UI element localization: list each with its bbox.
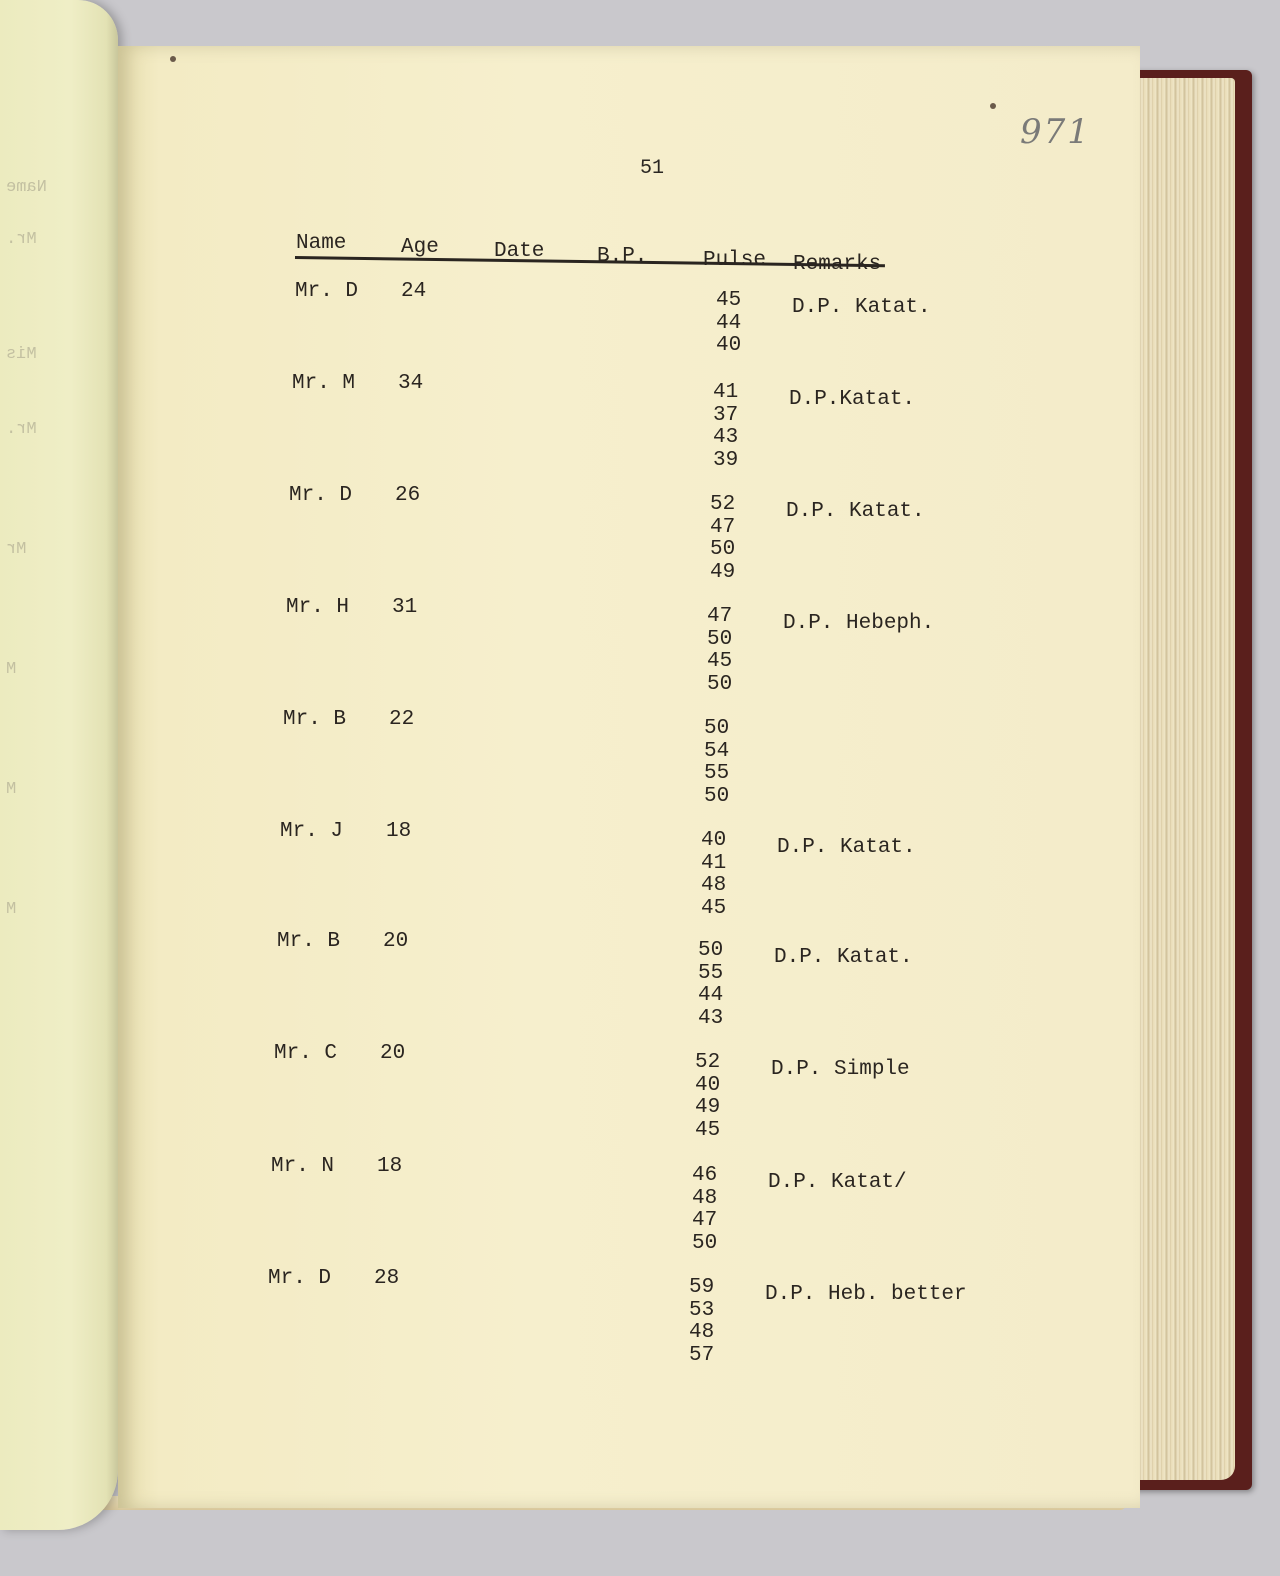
reading-pulse: 50 — [704, 785, 729, 808]
remarks: D.P. Hebeph. — [783, 612, 934, 635]
reading-pulse: 53 — [689, 1299, 714, 1322]
patient-age: 24 — [401, 280, 426, 303]
reading-pulse: 59 — [689, 1276, 714, 1299]
reading-pulse: 43 — [698, 1007, 723, 1030]
header-name: Name — [296, 232, 346, 255]
reading-pulse: 50 — [692, 1232, 717, 1255]
reading-pulse: 37 — [713, 404, 738, 427]
patient-name: Mr. H — [286, 596, 349, 619]
reading-pulse: 47 — [710, 516, 735, 539]
punch-hole — [990, 103, 996, 109]
ghost-text: M — [6, 660, 16, 679]
reading-pulse: 45 — [716, 289, 741, 312]
reading-pulse: 50 — [698, 939, 723, 962]
header-pulse: Pulse — [703, 249, 766, 272]
patient-age: 18 — [377, 1155, 402, 1178]
reading-pulse: 47 — [707, 605, 732, 628]
ghost-text: Mr — [6, 540, 26, 559]
reading-pulse: 49 — [710, 561, 735, 584]
reading-pulse: 50 — [704, 717, 729, 740]
remarks: D.P.Katat. — [789, 388, 915, 411]
left-page[interactable]: Name Mr. Mis Mr. Mr M M M — [0, 0, 118, 1530]
remarks: D.P. Heb. better — [765, 1283, 967, 1306]
reading-pulse: 45 — [707, 650, 732, 673]
reading-pulse: 49 — [695, 1096, 720, 1119]
patient-age: 28 — [374, 1267, 399, 1290]
reading-pulse: 43 — [713, 426, 738, 449]
reading-pulse: 55 — [698, 962, 723, 985]
remarks: D.P. Katat/ — [768, 1171, 907, 1194]
ghost-text: Mr. — [6, 420, 37, 439]
handwritten-folio-number: 971 — [1020, 112, 1091, 152]
patient-name: Mr. J — [280, 820, 343, 843]
patient-name: Mr. D — [295, 280, 358, 303]
patient-age: 18 — [386, 820, 411, 843]
reading-pulse: 54 — [704, 740, 729, 763]
reading-pulse: 52 — [710, 493, 735, 516]
header-age: Age — [401, 236, 439, 259]
patient-name: Mr. D — [268, 1267, 331, 1290]
patient-name: Mr. B — [277, 930, 340, 953]
patient-name: Mr. B — [283, 708, 346, 731]
reading-pulse: 48 — [692, 1187, 717, 1210]
remarks: D.P. Simple — [771, 1058, 910, 1081]
punch-hole — [170, 56, 176, 62]
reading-pulse: 48 — [689, 1321, 714, 1344]
page-edges — [1135, 78, 1235, 1480]
remarks: D.P. Katat. — [774, 946, 913, 969]
reading-pulse: 52 — [695, 1051, 720, 1074]
reading-pulse: 50 — [707, 673, 732, 696]
reading-pulse: 39 — [713, 449, 738, 472]
ghost-text: Mr. — [6, 230, 37, 249]
ghost-text: Name — [6, 178, 47, 197]
patient-name: Mr. N — [271, 1155, 334, 1178]
reading-pulse: 45 — [701, 897, 726, 920]
remarks: D.P. Katat. — [786, 500, 925, 523]
reading-pulse: 50 — [707, 628, 732, 651]
patient-name: Mr. C — [274, 1042, 337, 1065]
patient-age: 22 — [389, 708, 414, 731]
patient-age: 31 — [392, 596, 417, 619]
remarks: D.P. Katat. — [792, 296, 931, 319]
reading-pulse: 48 — [701, 874, 726, 897]
reading-pulse: 41 — [713, 381, 738, 404]
remarks: D.P. Katat. — [777, 836, 916, 859]
reading-pulse: 40 — [716, 334, 741, 357]
reading-pulse: 40 — [695, 1074, 720, 1097]
patient-age: 26 — [395, 484, 420, 507]
reading-pulse: 45 — [695, 1119, 720, 1142]
reading-pulse: 40 — [701, 829, 726, 852]
patient-name: Mr. M — [292, 372, 355, 395]
patient-age: 20 — [380, 1042, 405, 1065]
patient-name: Mr. D — [289, 484, 352, 507]
reading-pulse: 47 — [692, 1209, 717, 1232]
reading-pulse: 55 — [704, 762, 729, 785]
reading-pulse: 44 — [716, 312, 741, 335]
patient-age: 34 — [398, 372, 423, 395]
reading-pulse: 50 — [710, 538, 735, 561]
ghost-text: M — [6, 900, 16, 919]
ghost-text: M — [6, 780, 16, 799]
ghost-text: Mis — [6, 345, 37, 364]
page-number: 51 — [640, 157, 664, 180]
reading-pulse: 57 — [689, 1344, 714, 1367]
header-bp: B.P. — [597, 245, 647, 268]
reading-pulse: 44 — [698, 984, 723, 1007]
patient-age: 20 — [383, 930, 408, 953]
reading-pulse: 41 — [701, 852, 726, 875]
reading-pulse: 46 — [692, 1164, 717, 1187]
